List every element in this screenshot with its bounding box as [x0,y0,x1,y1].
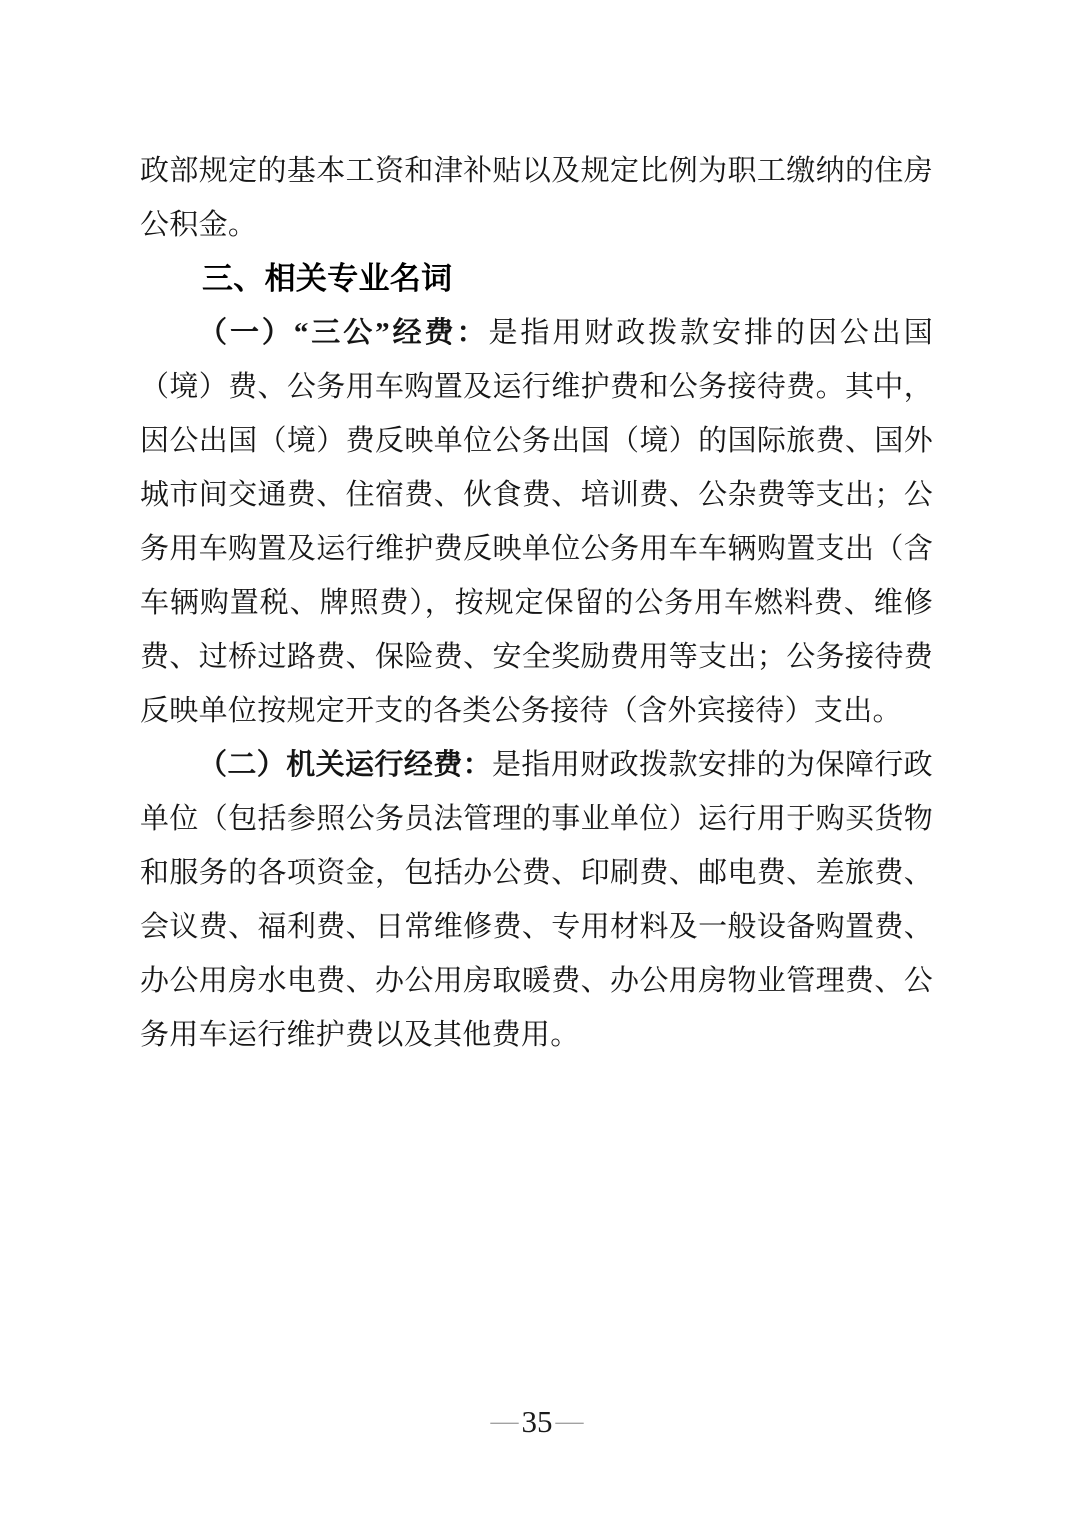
page-footer: —35— [0,1402,1074,1442]
paragraph-continuation: 政部规定的基本工资和津补贴以及规定比例为职工缴纳的住房公积金。 [140,144,933,252]
term-definition-agency-operating: 是指用财政拨款安排的为保障行政单位（包括参照公务员法管理的事业单位）运行用于购买… [140,749,933,1051]
term-definition-sangong: 是指用财政拨款安排的因公出国（境）费、公务用车购置及运行维护费和公务接待费。其中… [140,317,933,727]
term-label-sangong: （一）“三公”经费： [198,317,488,349]
document-page: 政部规定的基本工资和津补贴以及规定比例为职工缴纳的住房公积金。 三、相关专业名词… [0,0,1074,1520]
section-heading: 三、相关专业名词 [140,252,933,306]
footer-dash-right: — [556,1406,584,1437]
page-number: 35 [522,1404,553,1439]
term-label-agency-operating: （二）机关运行经费： [198,749,492,781]
term-paragraph-agency-operating-costs: （二）机关运行经费：是指用财政拨款安排的为保障行政单位（包括参照公务员法管理的事… [140,738,933,1062]
footer-dash-left: — [491,1406,519,1437]
term-paragraph-sangong-expenses: （一）“三公”经费：是指用财政拨款安排的因公出国（境）费、公务用车购置及运行维护… [140,306,933,738]
document-content: 政部规定的基本工资和津补贴以及规定比例为职工缴纳的住房公积金。 三、相关专业名词… [140,144,933,1062]
